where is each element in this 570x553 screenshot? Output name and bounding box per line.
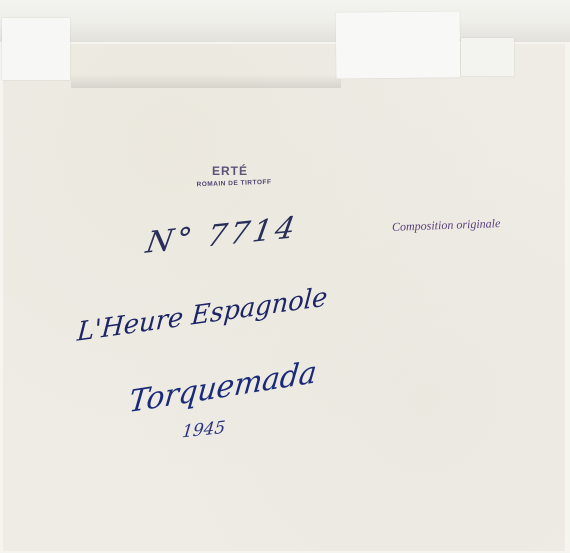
tape-small-right [461, 38, 514, 76]
tape-right [336, 11, 461, 78]
stamp-title: ERTÉ [200, 164, 260, 178]
mount-board: ERTÉ ROMAIN DE TIRTOFF N° 7714 Compositi… [0, 0, 570, 553]
top-backing-strip [0, 0, 570, 42]
paper-edge-shadow [71, 74, 341, 88]
tape-left [2, 18, 70, 80]
